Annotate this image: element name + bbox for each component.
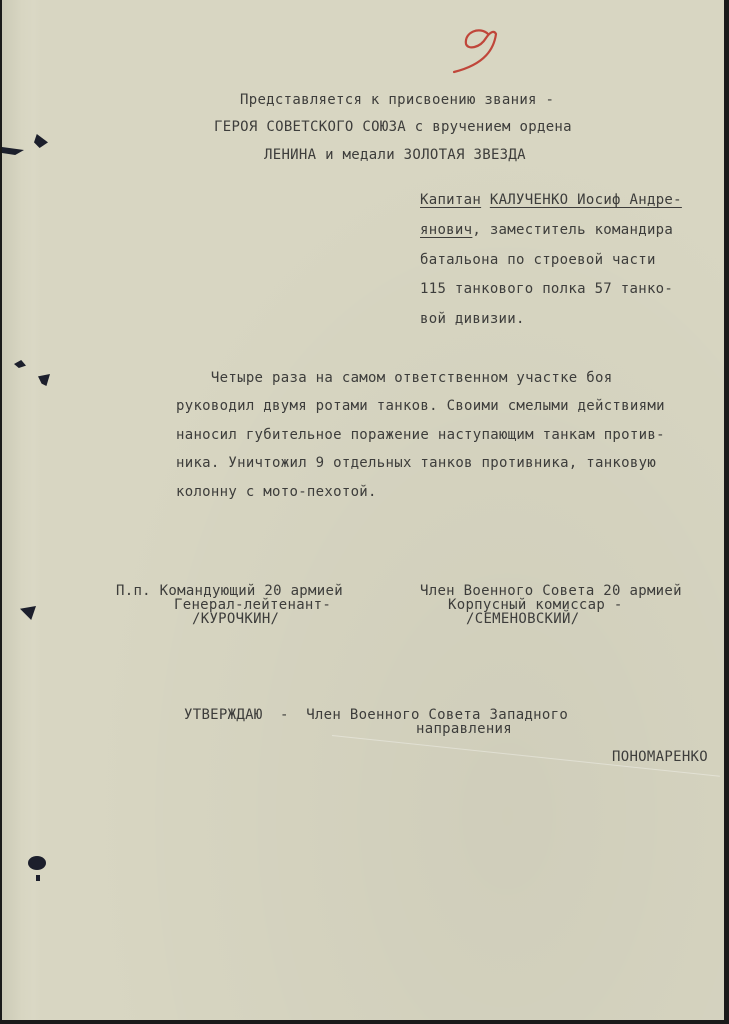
handwritten-page-number	[450, 20, 510, 80]
heading-line-2: ГЕРОЯ СОВЕТСКОГО СОЮЗА с вручением орден…	[214, 119, 572, 135]
punch-hole	[20, 606, 36, 620]
sig-left-name: /КУРОЧКИН/	[192, 611, 279, 627]
nominee-rank: Капитан	[420, 192, 481, 208]
approval-line-2: направления	[416, 721, 512, 737]
sig-right-name: /СЕМЕНОВСКИЙ/	[466, 611, 579, 627]
body-line-4: ника. Уничтожил 9 отдельных танков проти…	[176, 455, 656, 471]
nominee-line-1: Капитан КАЛУЧЕНКО Иосиф Андре-	[420, 192, 682, 208]
punch-hole	[34, 134, 48, 148]
nominee-line-3: батальона по строевой части	[420, 252, 656, 268]
nominee-name: КАЛУЧЕНКО Иосиф Андре-	[490, 192, 682, 208]
punch-hole	[14, 360, 26, 368]
heading-line-1: Представляется к присвоению звания -	[240, 92, 554, 108]
nominee-position: , заместитель командира	[472, 222, 673, 238]
body-line-2: руководил двумя ротами танков. Своими см…	[176, 398, 665, 414]
punch-hole	[38, 374, 50, 386]
punch-hole	[28, 856, 46, 870]
heading-line-3: ЛЕНИНА и медали ЗОЛОТАЯ ЗВЕЗДА	[264, 147, 526, 163]
document-page: Представляется к присвоению звания - ГЕР…	[2, 0, 724, 1020]
approval-signer: ПОНОМАРЕНКО	[612, 749, 708, 765]
nominee-line-2: янович, заместитель командира	[420, 222, 673, 238]
punch-hole	[2, 145, 24, 155]
body-line-3: наносил губительное поражение наступающи…	[176, 427, 665, 443]
body-line-5: колонну с мото-пехотой.	[176, 484, 377, 500]
punch-hole	[36, 875, 40, 881]
body-line-1: Четыре раза на самом ответственном участ…	[176, 370, 612, 386]
nominee-patronymic: янович	[420, 222, 472, 238]
nominee-line-4: 115 танкового полка 57 танко-	[420, 281, 673, 297]
nominee-line-5: вой дивизии.	[420, 311, 525, 327]
